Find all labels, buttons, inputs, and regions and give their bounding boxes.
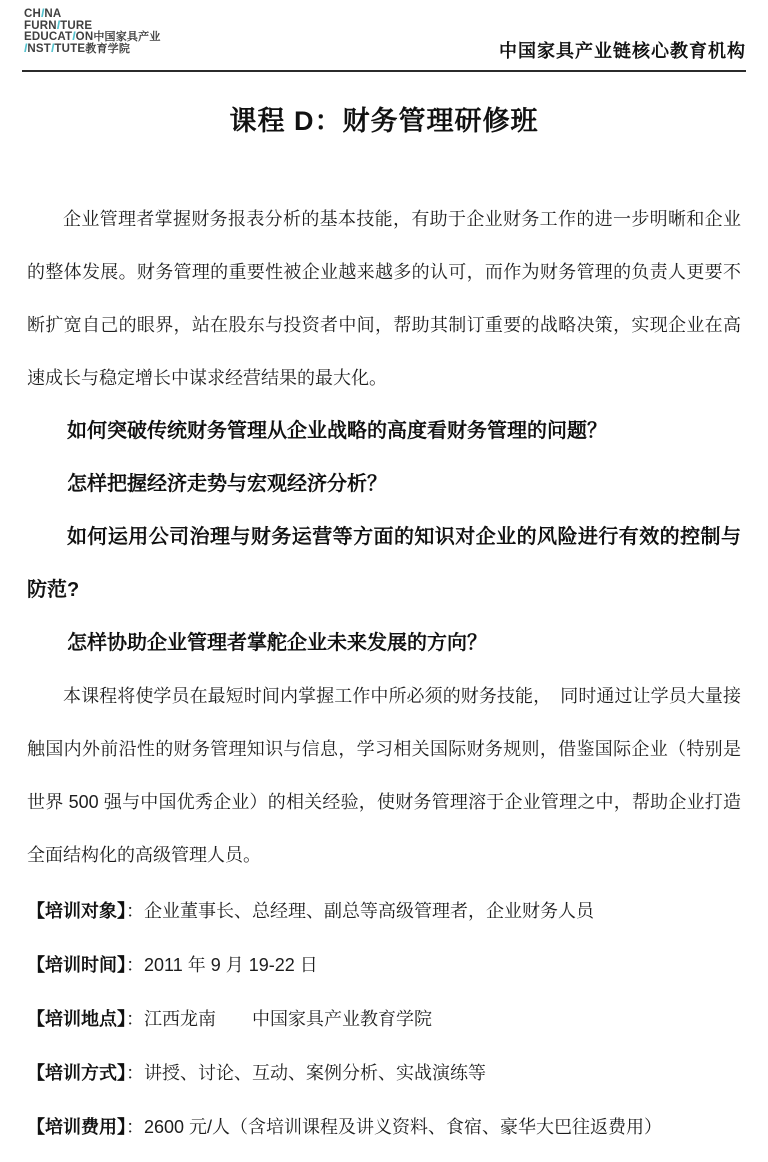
detail-method: 【培训方式】：讲授、讨论、互动、案例分析、实战演练等 [27, 1046, 741, 1100]
intro-paragraph: 企业管理者掌握财务报表分析的基本技能，有助于企业财务工作的进一步明晰和企业的整体… [27, 193, 741, 405]
detail-value: ：2011 年 9 月 19-22 日 [126, 955, 318, 975]
course-details: 【培训对象】：企业董事长、总经理、副总等高级管理者，企业财务人员 【培训时间】：… [27, 884, 741, 1154]
detail-value: ：2600 元/人（含培训课程及讲义资料、食宿、豪华大巴往返费用） [126, 1117, 662, 1137]
document-page: CHINA FURNITURE EDUCATION中国家具产业 INSTITUT… [0, 0, 768, 1162]
institute-logo: CHINA FURNITURE EDUCATION中国家具产业 INSTITUT… [24, 9, 161, 55]
logo-text-chinese: 中国家具产业 [93, 31, 160, 43]
header-tagline: 中国家具产业链核心教育机构 [499, 37, 746, 63]
logo-text: NST [27, 43, 51, 55]
page-header: CHINA FURNITURE EDUCATION中国家具产业 INSTITUT… [22, 0, 746, 72]
question-4: 怎样协助企业管理者掌舵企业未来发展的方向？ [27, 617, 741, 670]
detail-value: ：企业董事长、总经理、副总等高级管理者，企业财务人员 [126, 901, 594, 921]
logo-text: TURE [60, 20, 92, 32]
logo-text: TUTE [54, 43, 85, 55]
question-1: 如何突破传统财务管理从企业战略的高度看财务管理的问题？ [27, 405, 741, 458]
logo-text: ON [76, 31, 94, 43]
detail-label: 【培训地点】 [27, 1009, 126, 1029]
question-3: 如何运用公司治理与财务运营等方面的知识对企业的风险进行有效的控制与防范? [27, 511, 741, 617]
logo-text: FURN [24, 20, 57, 32]
logo-text: EDUCAT [24, 31, 72, 43]
page-title: 课程 D：财务管理研修班 [27, 99, 741, 138]
logo-text-chinese: 教育学院 [85, 43, 130, 55]
detail-label: 【培训费用】 [27, 1117, 126, 1137]
detail-time: 【培训时间】：2011 年 9 月 19-22 日 [27, 938, 741, 992]
detail-label: 【培训时间】 [27, 955, 126, 975]
logo-text: NA [44, 8, 61, 20]
detail-fee: 【培训费用】：2600 元/人（含培训课程及讲义资料、食宿、豪华大巴往返费用） [27, 1100, 741, 1154]
summary-paragraph: 本课程将使学员在最短时间内掌握工作中所必须的财务技能， 同时通过让学员大量接触国… [27, 670, 741, 882]
question-2: 怎样把握经济走势与宏观经济分析？ [27, 458, 741, 511]
logo-line-institute: INSTITUTE教育学院 [24, 44, 161, 56]
detail-audience: 【培训对象】：企业董事长、总经理、副总等高级管理者，企业财务人员 [27, 884, 741, 938]
logo-text: CH [24, 8, 41, 20]
detail-value: ：江西龙南 中国家具产业教育学院 [126, 1009, 432, 1029]
document-content: 课程 D：财务管理研修班 企业管理者掌握财务报表分析的基本技能，有助于企业财务工… [0, 99, 768, 1154]
detail-location: 【培训地点】：江西龙南 中国家具产业教育学院 [27, 992, 741, 1046]
detail-label: 【培训对象】 [27, 901, 126, 921]
detail-label: 【培训方式】 [27, 1063, 126, 1083]
detail-value: ：讲授、讨论、互动、案例分析、实战演练等 [126, 1063, 486, 1083]
